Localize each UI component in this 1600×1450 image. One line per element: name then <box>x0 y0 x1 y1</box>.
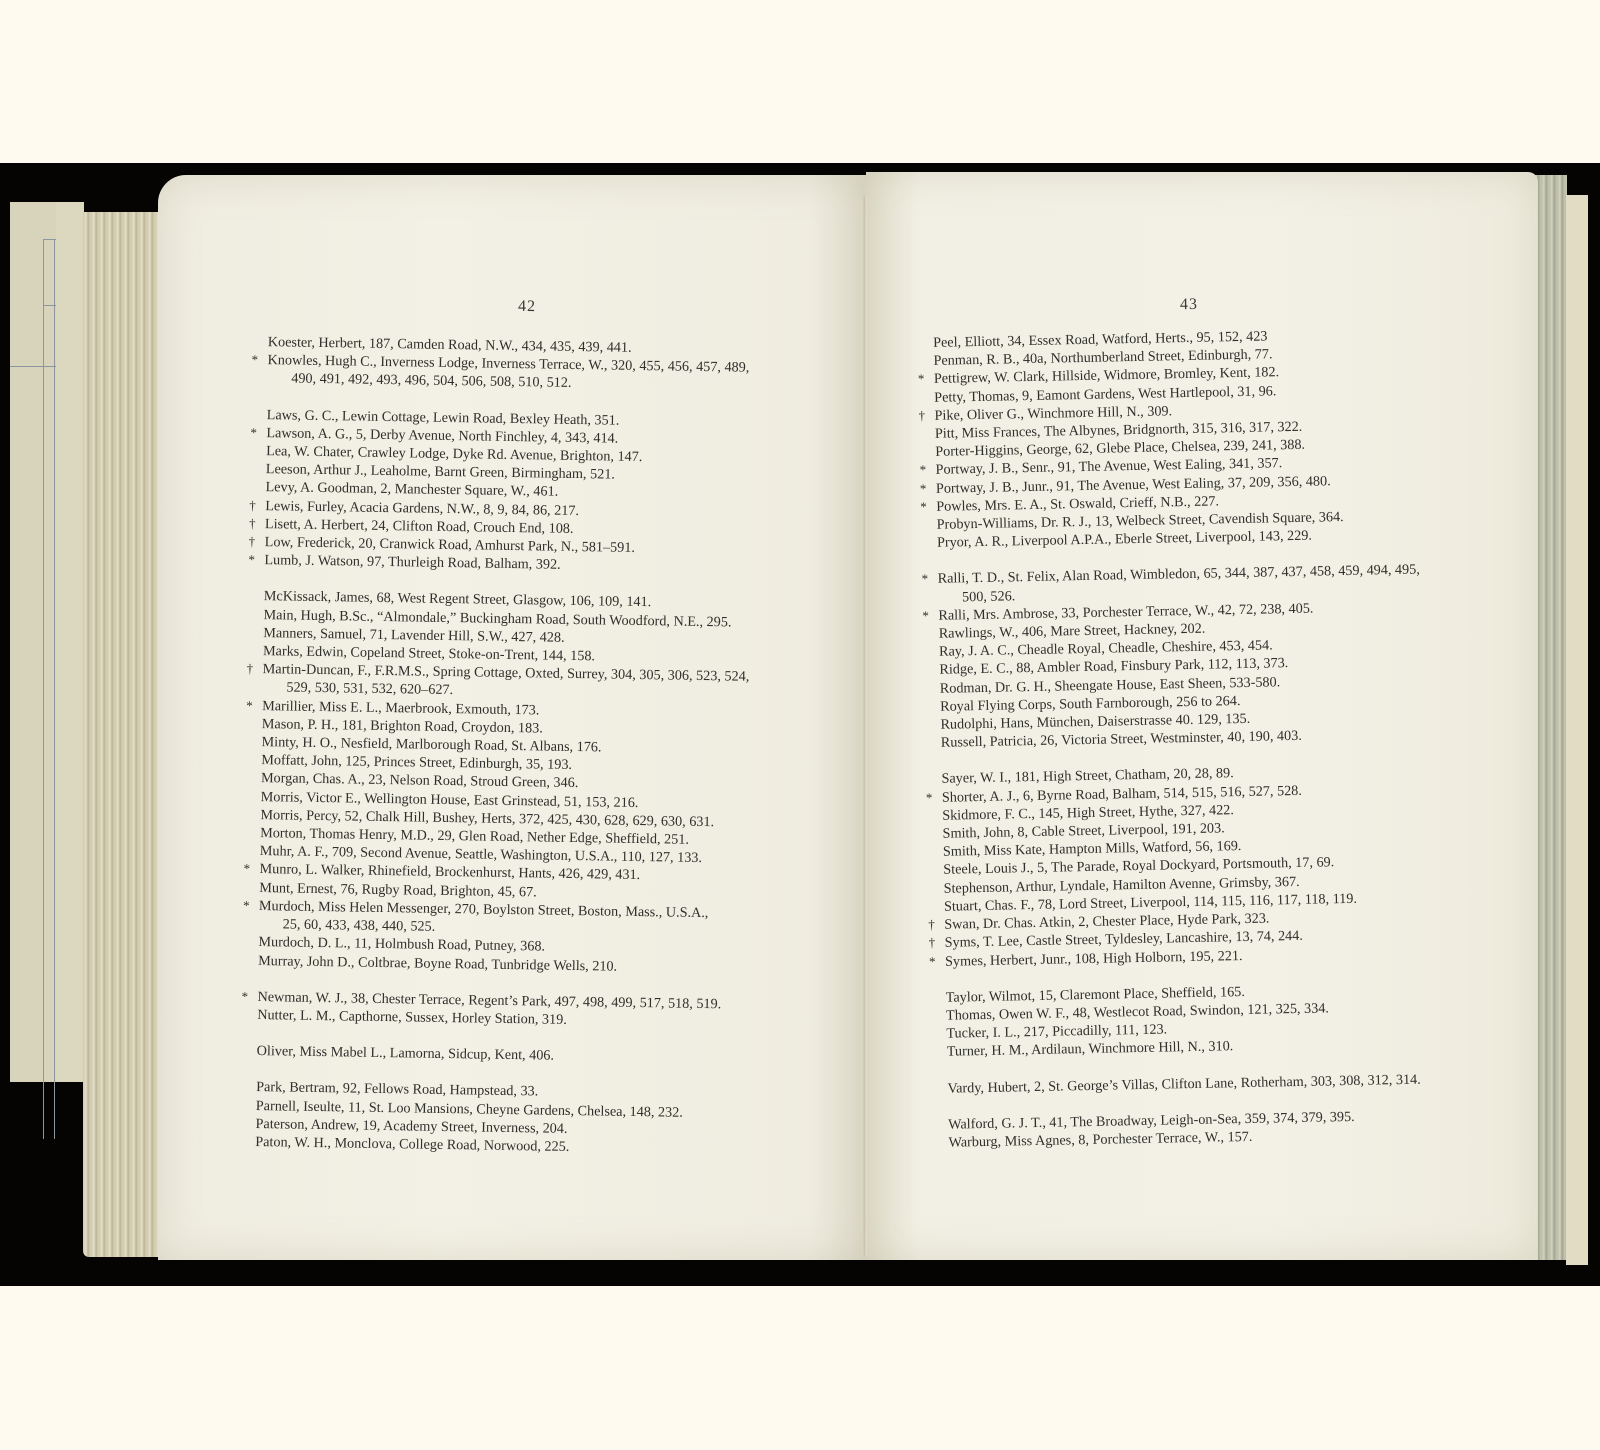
page-stack-right <box>1533 175 1567 1260</box>
page-number-right: 43 <box>1180 296 1198 314</box>
ruled-line <box>54 239 55 1139</box>
book-gutter <box>862 196 867 1256</box>
index-entries-left: Koester, Herbert, 187, Camden Road, N.W.… <box>247 333 800 1160</box>
entry-text: Lumb, J. Watson, 97, Thurleigh Road, Bal… <box>264 552 560 573</box>
entry-text: Oliver, Miss Mabel L., Lamorna, Sidcup, … <box>257 1043 555 1064</box>
book-cover-edge <box>56 202 84 1082</box>
page-number-left: 42 <box>518 298 536 316</box>
page-stack-left <box>83 212 163 1257</box>
book-cover-edge-right <box>1566 195 1588 1265</box>
entry-text: Paton, W. H., Monclova, College Road, No… <box>255 1134 569 1155</box>
index-entries-right: Peel, Elliott, 34, Essex Road, Watford, … <box>925 323 1501 1152</box>
ruled-line <box>43 239 44 1139</box>
entry-text: Nutter, L. M., Capthorne, Sussex, Horley… <box>257 1007 567 1028</box>
